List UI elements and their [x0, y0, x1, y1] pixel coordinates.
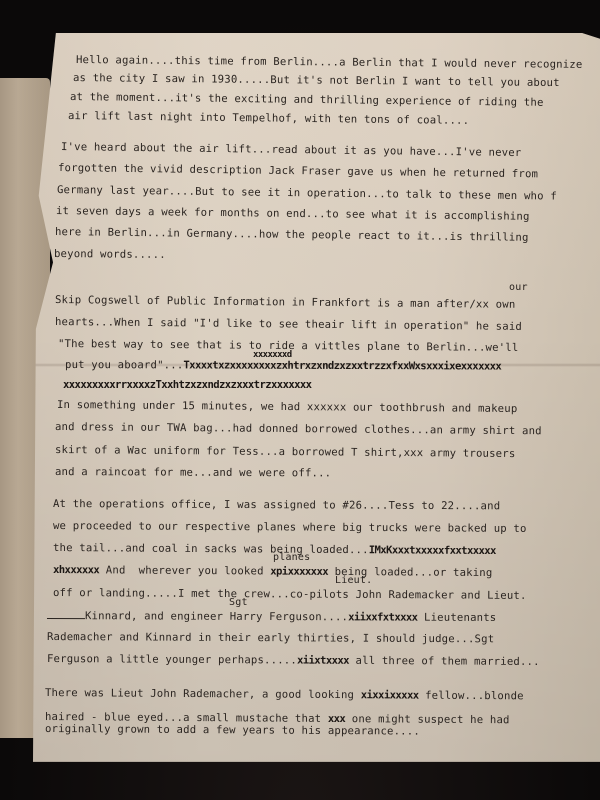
p4-line-1: In something under 15 minutes, we had xx… [57, 399, 518, 415]
p1-line-3: at the moment...it's the exciting and th… [70, 91, 544, 109]
p5-line-8: Ferguson a little younger perhaps.....xi… [47, 653, 540, 668]
p4-line-4: and a raincoat for me...and we were off.… [55, 466, 331, 479]
p5-line-1: At the operations office, I was assigned… [53, 498, 500, 512]
p5-line-8-text: Ferguson a little younger perhaps..... [47, 653, 297, 667]
p6-line-2-strikeout: xxx [328, 713, 345, 725]
letter-page: Hello again....this time from Berlin....… [33, 33, 600, 773]
p2-line-6: beyond words..... [54, 248, 166, 261]
p6-line-3: originally grown to add a few years to h… [45, 723, 420, 738]
p3-line-2: hearts...When I said "I'd like to see th… [55, 316, 522, 333]
p5-line-4-strikeout-start: xhxxxxxx [53, 564, 99, 576]
p5-line-7: Rademacher and Kinnard in their early th… [47, 631, 494, 645]
p2-line-1: I've heard about the air lift...read abo… [61, 141, 522, 159]
p5-line-6-strikeout: xiixxfxtxxxx [348, 611, 417, 623]
p4-line-3: skirt of a Wac uniform for Tess...a borr… [55, 444, 516, 460]
p1-line-4: air lift last night into Tempelhof, with… [68, 110, 469, 127]
p5-line-8-tail: all three of them married... [349, 655, 540, 668]
p5-line-6-tail: Lieutenants [417, 612, 496, 624]
p5-line-3-strikeout: IMxKxxxtxxxxxfxxtxxxxx [369, 544, 496, 557]
p6-line-2-tail: one might suspect he had [345, 713, 510, 726]
p2-line-2: forgotten the vivid description Jack Fra… [58, 162, 538, 180]
typed-text: Hello again....this time from Berlin....… [33, 33, 600, 773]
p6-line-1: There was Lieut John Rademacher, a good … [45, 687, 524, 702]
p5-line-5: off or landing.....I met the crew...co-p… [53, 587, 527, 602]
p6-line-1-tail: fellow...blonde [418, 690, 523, 703]
p2-line-5: here in Berlin...in Germany....how the p… [55, 226, 529, 244]
p5-insert-sgt: Sgt [229, 597, 248, 608]
p5-line-6: Kinnard, and engineer Harry Ferguson....… [47, 609, 496, 624]
p3-line-1: Skip Cogswell of Public Information in F… [55, 294, 516, 311]
photo-background: Hello again....this time from Berlin....… [0, 0, 600, 800]
p5-line-4: xhxxxxxx And wherever you looked xpixxxx… [53, 564, 493, 579]
p5-insert-planes: planes [273, 552, 310, 563]
p5-line-4-strikeout: xpixxxxxxx [270, 566, 328, 578]
p5-insert-lieut: Lieut. [335, 575, 372, 586]
p5-line-3-text: the tail...and coal in sacks was being l… [53, 542, 369, 556]
p5-line-4-text: And wherever you looked [99, 564, 264, 577]
p6-line-1-text: There was Lieut John Rademacher, a good … [45, 687, 361, 701]
p2-line-3: Germany last year....But to see it in op… [57, 184, 557, 203]
p3-line-4-strikeout: TxxxxtxzxxxxxxxxzxhtrxzxndzxzxxtrzzxfxxW… [183, 359, 501, 372]
p3-line-4: put you aboard"...Txxxxtxzxxxxxxxxzxhtrx… [65, 359, 501, 373]
p5-line-8-strikeout: xiixtxxxx [297, 655, 349, 667]
p2-line-4: it seven days a week for months on end..… [56, 205, 530, 223]
p3-strikeout-line: xxxxxxxxxrrxxxxzTxxhtzxzxndzxzxxxtrzxxxx… [63, 379, 311, 391]
p3-insert-our: our [509, 282, 528, 293]
p5-line-6-text: Kinnard, and engineer Harry Ferguson.... [85, 610, 348, 623]
p3-insert-strikeout: xxxxxxxd [253, 350, 292, 360]
p4-line-2: and dress in our TWA bag...had donned bo… [55, 421, 542, 437]
p6-line-1-strikeout: xixxixxxxx [361, 689, 419, 701]
p3-line-4-text: put you aboard"... [65, 359, 183, 371]
p1-line-2: as the city I saw in 1930.....But it's n… [73, 72, 560, 89]
p5-line-2: we proceeded to our respective planes wh… [53, 520, 527, 535]
p1-line-1: Hello again....this time from Berlin....… [76, 54, 583, 71]
blank-name-underline [47, 609, 85, 619]
